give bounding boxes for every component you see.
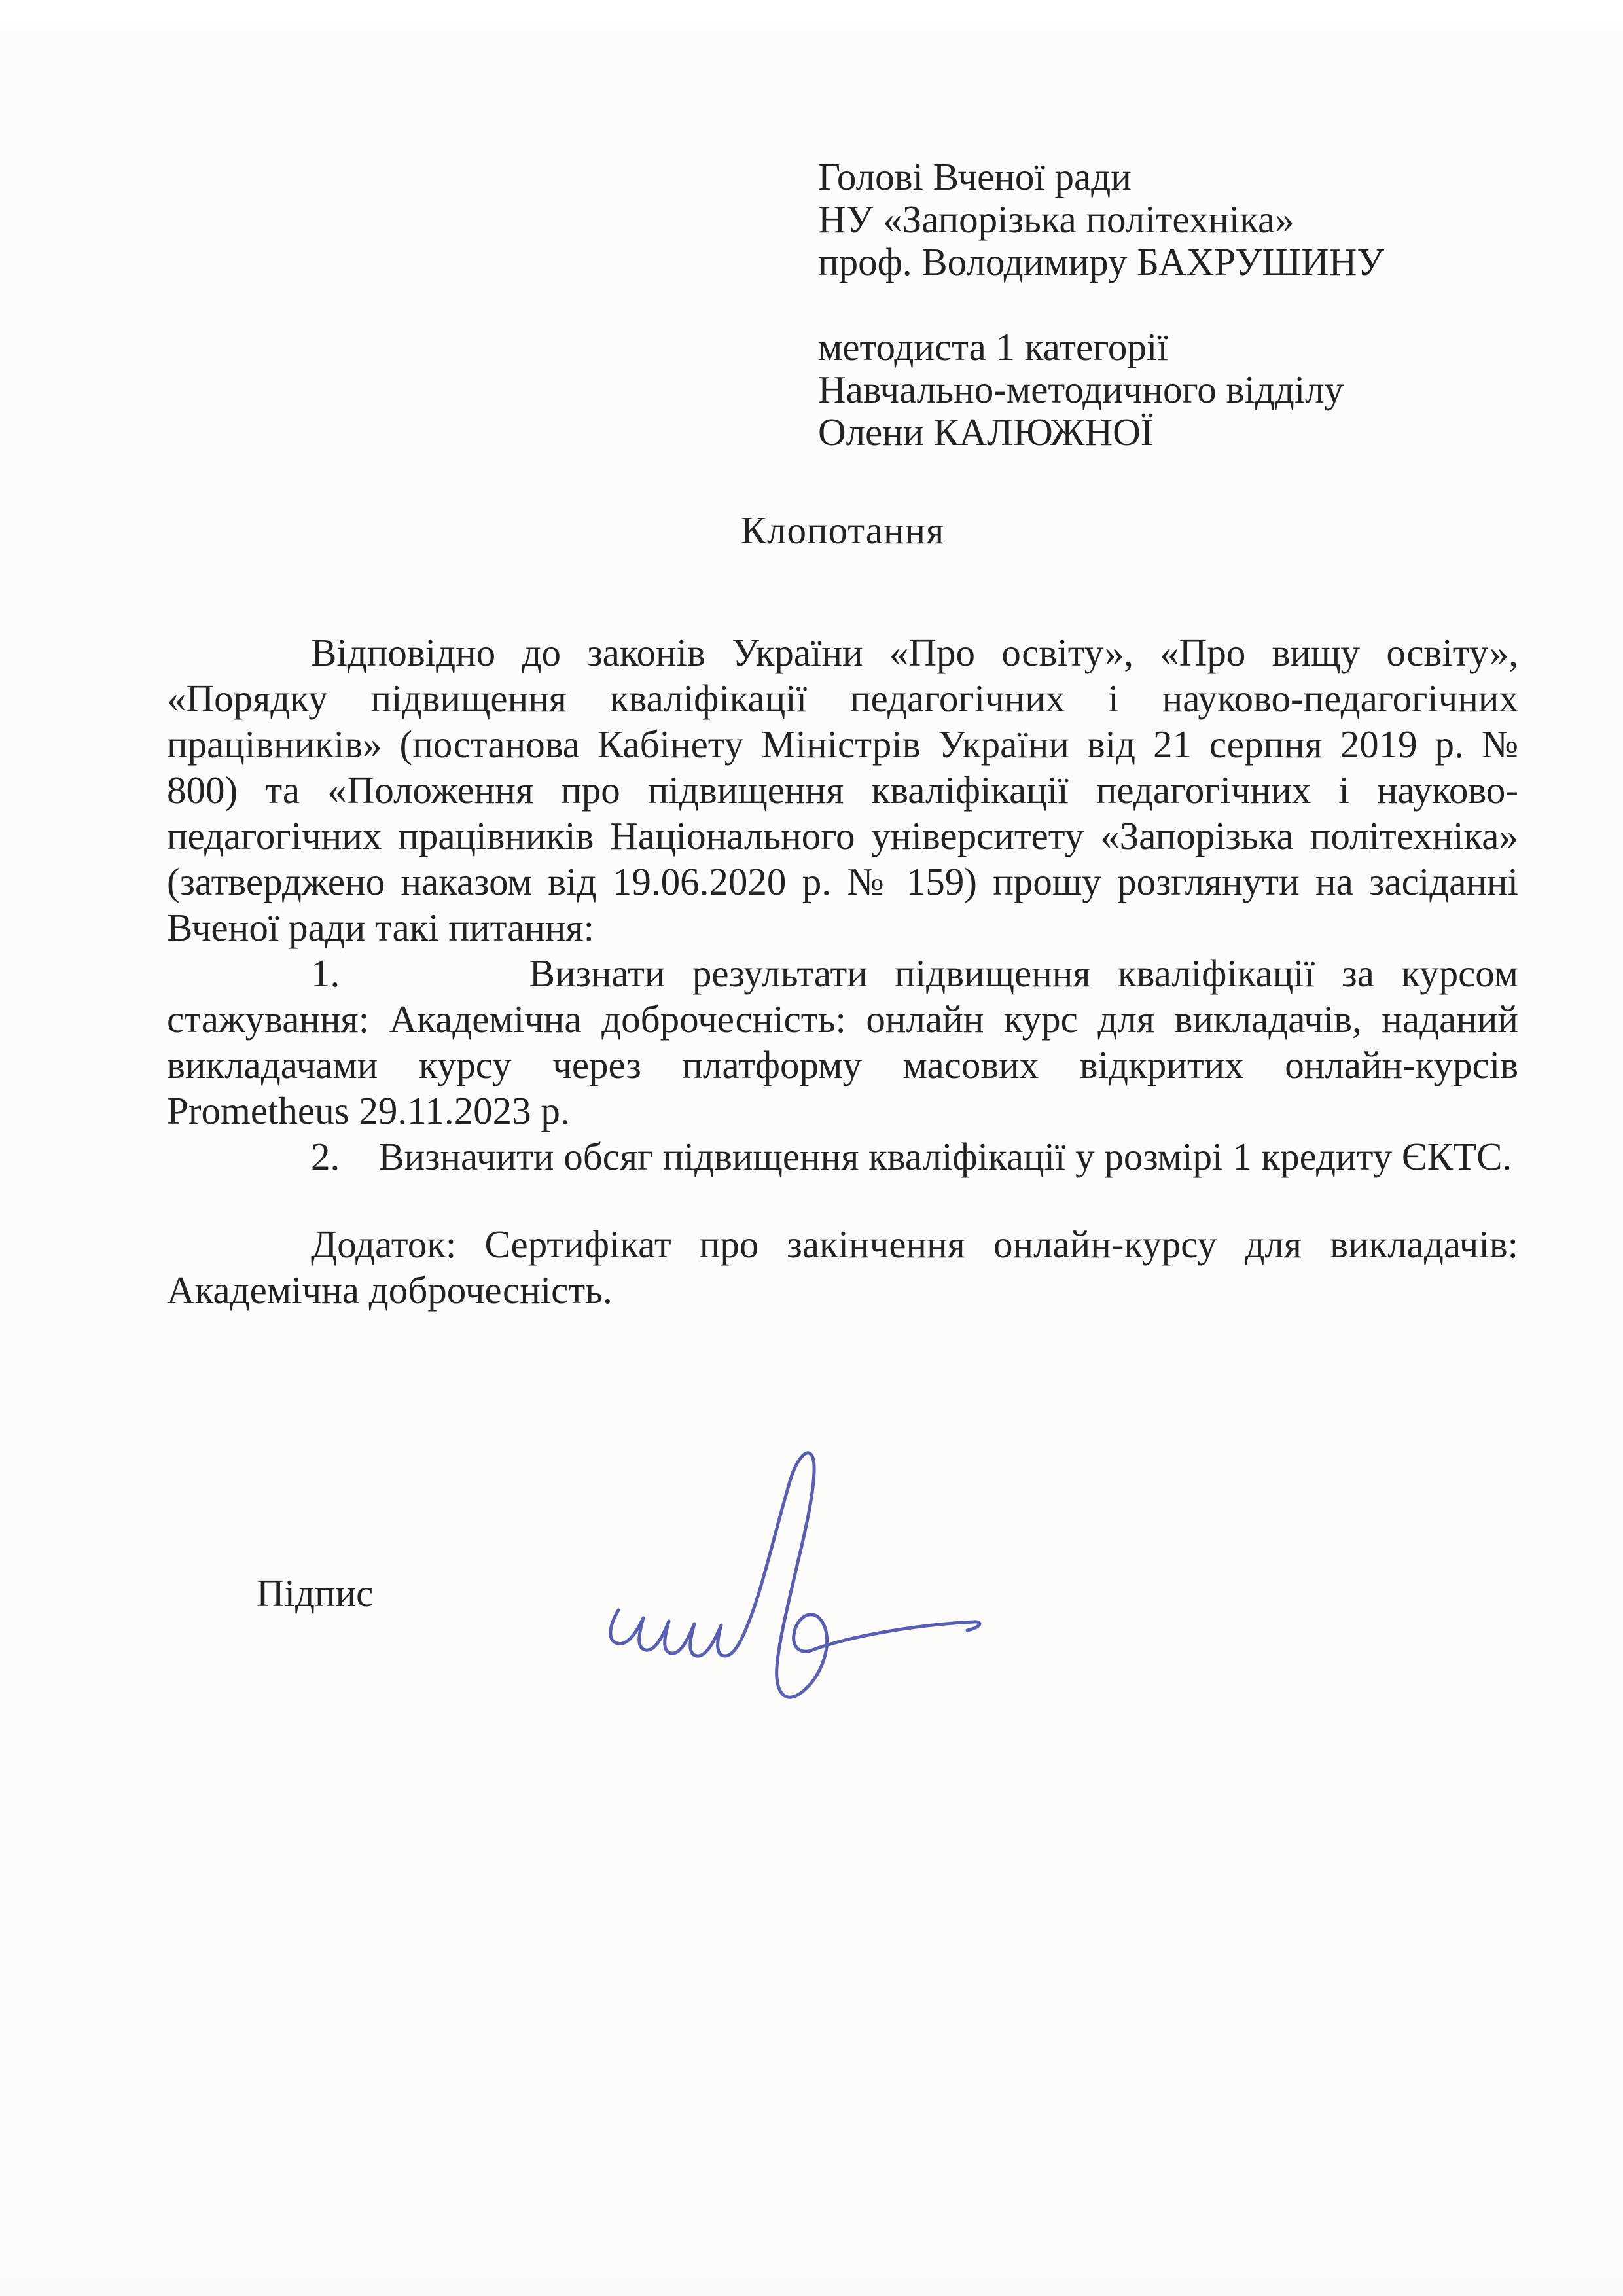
scanned-letter-page: Голові Вченої ради НУ «Запорізька політе… (0, 0, 1623, 2296)
sender-line-1: методиста 1 категорії (818, 326, 1384, 368)
letter-body: Відповідно до законів України «Про освіт… (167, 630, 1518, 1313)
signature-image (556, 1394, 1001, 1708)
list-item-1: 1. Визнати результати підвищення кваліфі… (167, 950, 1518, 1134)
attachment-paragraph: Додаток: Сертифікат про закінчення онлай… (167, 1221, 1518, 1313)
recipient-block-gap (818, 283, 1384, 326)
intro-paragraph: Відповідно до законів України «Про освіт… (167, 630, 1518, 950)
recipient-line-1: Голові Вченої ради (818, 156, 1384, 198)
list-item-2: 2. Визначити обсяг підвищення кваліфікац… (167, 1134, 1518, 1179)
sender-line-3: Олени КАЛЮЖНОЇ (818, 411, 1384, 454)
signature-stroke (611, 1453, 980, 1697)
sender-line-2: Навчально-методичного відділу (818, 368, 1384, 411)
recipient-block: Голові Вченої ради НУ «Запорізька політе… (818, 156, 1384, 454)
recipient-line-3: проф. Володимиру БАХРУШИНУ (818, 241, 1384, 283)
document-title: Клопотання (167, 509, 1518, 552)
signature-label: Підпис (257, 1572, 373, 1615)
recipient-line-2: НУ «Запорізька політехніка» (818, 198, 1384, 241)
